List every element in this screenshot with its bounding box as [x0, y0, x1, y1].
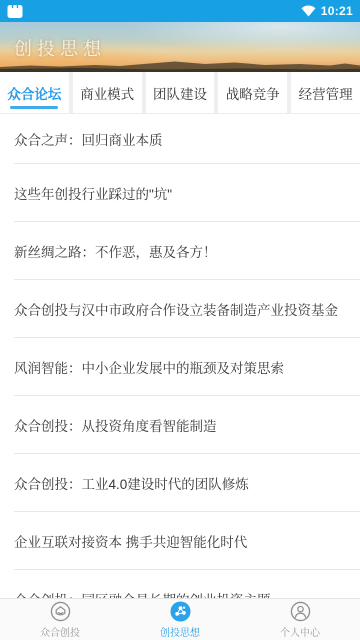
- notification-bag-icon: [7, 3, 23, 18]
- header-banner: 创投思想: [0, 22, 360, 72]
- category-tab-bar: 众合论坛 商业模式 团队建设 战略竞争 经营管理: [0, 72, 360, 114]
- article-title: 众合之声：回归商业本质: [14, 129, 163, 149]
- list-item[interactable]: 众合创投：从投资角度看智能制造: [0, 396, 360, 454]
- article-title: 众合创投：工业4.0建设时代的团队修炼: [14, 473, 249, 493]
- nav-label: 众合创投: [40, 624, 80, 639]
- article-title: 众合创投：从投资角度看智能制造: [14, 415, 217, 435]
- tab-business-model[interactable]: 商业模式: [73, 72, 142, 113]
- tab-team-building[interactable]: 团队建设: [146, 72, 215, 113]
- list-item[interactable]: 众合创投：工业4.0建设时代的团队修炼: [0, 454, 360, 512]
- tab-operation-management[interactable]: 经营管理: [291, 72, 360, 113]
- app-screen: 10:21 创投思想 众合论坛 商业模式 团队建设 战略竞争 经营管理 众合之声…: [0, 0, 360, 640]
- status-bar: 10:21: [0, 0, 360, 22]
- list-item[interactable]: 这些年创投行业踩过的"坑": [0, 164, 360, 222]
- article-title: 这些年创投行业踩过的"坑": [14, 183, 172, 203]
- list-item[interactable]: 众合之声：回归商业本质: [0, 114, 360, 164]
- clock-time: 10:21: [321, 4, 353, 18]
- list-item[interactable]: 众合创投与汉中市政府合作设立装备制造产业投资基金: [0, 280, 360, 338]
- idea-network-icon: [170, 601, 191, 622]
- page-title: 创投思想: [14, 35, 106, 61]
- person-icon: [290, 601, 311, 622]
- nav-item-zhonghe-chuangtou[interactable]: 众合创投: [0, 599, 120, 640]
- nav-item-personal-center[interactable]: 个人中心: [240, 599, 360, 640]
- article-title: 众合创投与汉中市政府合作设立装备制造产业投资基金: [14, 299, 338, 319]
- tab-zhonghe-forum[interactable]: 众合论坛: [0, 72, 69, 113]
- list-item[interactable]: 新丝绸之路：不作恶，惠及各方！: [0, 222, 360, 280]
- article-title: 企业互联对接资本 携手共迎智能化时代: [14, 531, 247, 551]
- article-list: 众合之声：回归商业本质 这些年创投行业踩过的"坑" 新丝绸之路：不作恶，惠及各方…: [0, 114, 360, 640]
- list-item[interactable]: 企业互联对接资本 携手共迎智能化时代: [0, 512, 360, 570]
- nav-label: 创投思想: [160, 624, 200, 639]
- article-title: 新丝绸之路：不作恶，惠及各方！: [14, 241, 217, 261]
- nav-label: 个人中心: [280, 624, 320, 639]
- nav-item-chuangtou-sixiang[interactable]: 创投思想: [120, 599, 240, 640]
- article-title: 风润智能：中小企业发展中的瓶颈及对策思索: [14, 357, 284, 377]
- company-face-icon: [50, 601, 71, 622]
- wifi-icon: [301, 5, 316, 17]
- list-item[interactable]: 风润智能：中小企业发展中的瓶颈及对策思索: [0, 338, 360, 396]
- tab-strategy-competition[interactable]: 战略竞争: [218, 72, 287, 113]
- bottom-nav-bar: 众合创投 创投思想 个人中心: [0, 598, 360, 640]
